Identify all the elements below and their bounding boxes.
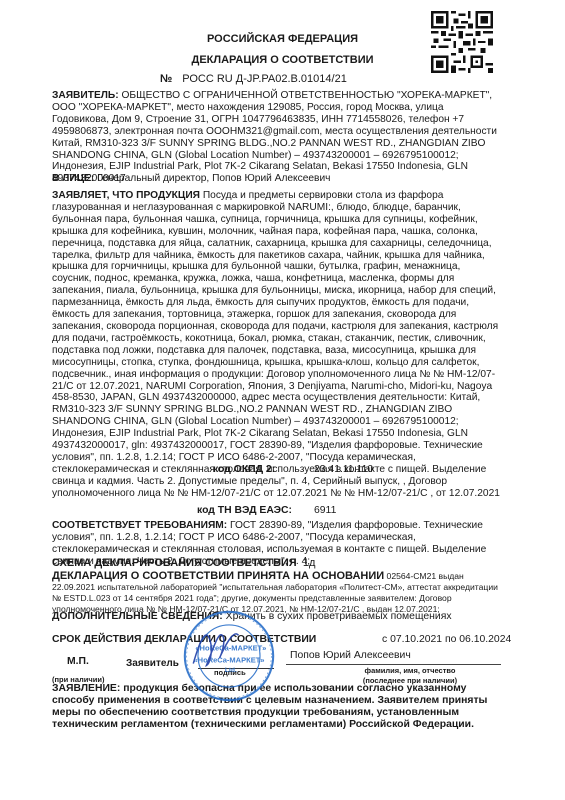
product-declaration-text: Посуда и предметы сервировки стола из фа… [52,190,500,499]
applicant-section: ЗАЯВИТЕЛЬ: ОБЩЕСТВО С ОГРАНИЧЕННОЙ ОТВЕТ… [52,90,502,185]
signatory-name: Попов Юрий Алексеевич [290,650,411,661]
okpd-label: код ОКПД 2: [213,464,275,475]
validity-label: СРОК ДЕЙСТВИЯ ДЕКЛАРАЦИИ О СООТВЕТСТВИИ [52,634,316,645]
okpd-value: 23.41.11.110 [314,464,373,475]
declaration-scheme: СХЕМА ДЕКЛАРИРОВАНИЯ СООТВЕТСТВИЯ 1д [52,557,315,569]
validity-period: СРОК ДЕЙСТВИЯ ДЕКЛАРАЦИИ О СООТВЕТСТВИИ … [52,634,512,645]
name-line [286,664,501,665]
declaration-document: РОССИЙСКАЯ ФЕДЕРАЦИЯ ДЕКЛАРАЦИЯ О СООТВЕ… [0,0,565,800]
representative-text: Генеральный директор, Попов Юрий Алексее… [97,173,330,184]
scheme-value: 1д [303,557,316,569]
okpd-code-row: код ОКПД 2: 23.41.11.110 [0,464,565,478]
scheme-label: СХЕМА ДЕКЛАРИРОВАНИЯ СООТВЕТСТВИЯ [52,557,297,569]
safety-statement: ЗАЯВЛЕНИЕ: продукция безопасна при ее ис… [52,683,502,731]
product-declaration-label: ЗАЯВЛЯЕТ, ЧТО ПРОДУКЦИЯ [52,190,200,201]
number-value: РОСС RU Д-JP.PA02.B.01014/21 [182,73,347,85]
additional-info-label: ДОПОЛНИТЕЛЬНЫЕ СВЕДЕНИЯ: [52,611,223,622]
document-number: №РОСС RU Д-JP.PA02.B.01014/21 [160,73,347,85]
additional-info: ДОПОЛНИТЕЛЬНЫЕ СВЕДЕНИЯ: Хранить в сухих… [52,611,452,622]
name-note-line-1: фамилия, имя, отчество [340,666,480,676]
seal-place-label: М.П. [67,656,89,667]
declaration-basis: ДЕКЛАРАЦИЯ О СООТВЕТСТВИИ ПРИНЯТА НА ОСН… [52,571,502,615]
validity-value: с 07.10.2021 по 06.10.2024 [382,634,511,645]
representative-label: В ЛИЦЕ: [52,173,94,184]
product-declaration-section: ЗАЯВЛЯЕТ, ЧТО ПРОДУКЦИЯ Посуда и предмет… [52,190,502,500]
stamp-text-2: «HoReCa-МАРКЕТ» [194,656,265,665]
requirements-label: СООТВЕТСТВУЕТ ТРЕБОВАНИЯМ: [52,520,227,531]
applicant-signature-label: Заявитель [126,658,179,669]
additional-info-text: Хранить в сухих проветриваемых помещения… [226,611,452,622]
number-symbol: № [160,73,172,85]
applicant-label: ЗАЯВИТЕЛЬ: [52,90,119,101]
tnved-code-row: код ТН ВЭД ЕАЭС: 6911 [0,505,565,519]
qr-code-icon [431,11,493,73]
tnved-label: код ТН ВЭД ЕАЭС: [197,505,292,516]
signature-note: подпись [214,668,246,677]
applicant-text: ОБЩЕСТВО С ОГРАНИЧЕННОЙ ОТВЕТСТВЕННОСТЬЮ… [52,90,497,184]
representative-section: В ЛИЦЕ: Генеральный директор, Попов Юрий… [52,173,502,185]
tnved-value: 6911 [314,505,336,516]
basis-label: ДЕКЛАРАЦИЯ О СООТВЕТСТВИИ ПРИНЯТА НА ОСН… [52,570,384,582]
